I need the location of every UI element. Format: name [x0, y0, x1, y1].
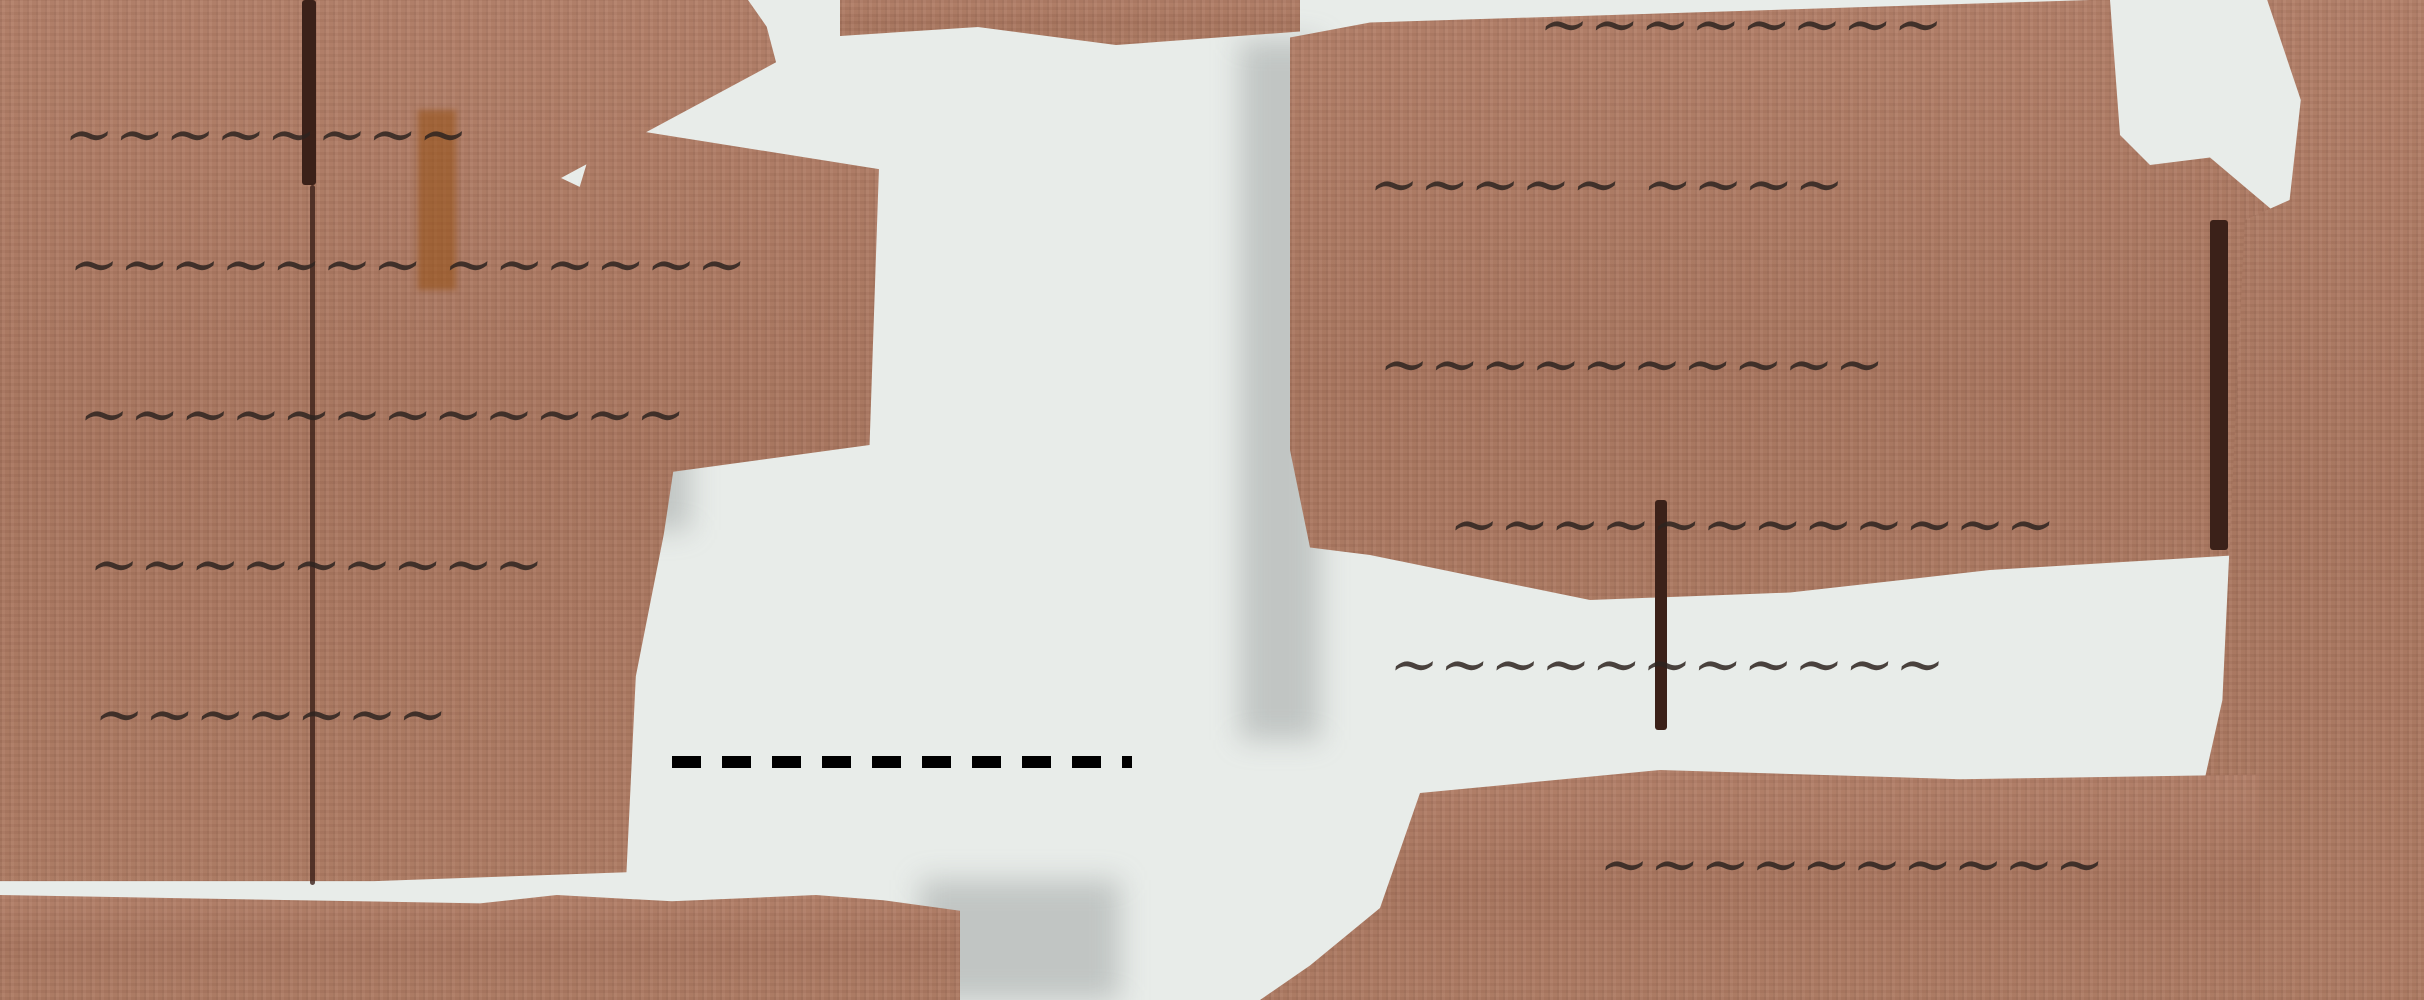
dash: [722, 756, 751, 768]
handwriting-line: ~~~~~~~: [90, 680, 454, 748]
handwriting-line: ~~~~~~~~: [60, 100, 474, 168]
fragment-left-lower: [0, 895, 960, 1000]
handwriting-line: ~~~~~~~~~~~: [1385, 630, 1951, 698]
dashed-marker-line: [672, 756, 1132, 768]
handwriting-line: ~~~~~~~~~~~~: [75, 380, 692, 448]
handwriting-line: ~~~~~~~~~: [85, 530, 550, 598]
dash: [1072, 756, 1101, 768]
dash: [922, 756, 951, 768]
dash: [772, 756, 801, 768]
handwriting-line: ~~~~~~~ ~~~~~~: [65, 230, 753, 298]
dash: [872, 756, 901, 768]
dash: [822, 756, 851, 768]
papyrus-photo: ~~~~~~~~ ~~~~~~~ ~~~~~~ ~~~~~~~~~~~~ ~~~…: [0, 0, 2424, 1000]
dash: [672, 756, 701, 768]
handwriting-line: ~~~~~~~~~~~~: [1445, 490, 2062, 558]
handwriting-line: ~~~~~ ~~~~: [1365, 150, 1850, 218]
crack: [2210, 220, 2228, 550]
dash: [1122, 756, 1132, 768]
dash: [1022, 756, 1051, 768]
handwriting-line: ~~~~~~~~~~: [1375, 330, 1891, 398]
fragment-top-middle: [840, 0, 1300, 45]
dash: [972, 756, 1001, 768]
handwriting-line: ~~~~~~~~: [1535, 0, 1949, 58]
handwriting-line: ~~~~~~~~~~: [1595, 830, 2111, 898]
